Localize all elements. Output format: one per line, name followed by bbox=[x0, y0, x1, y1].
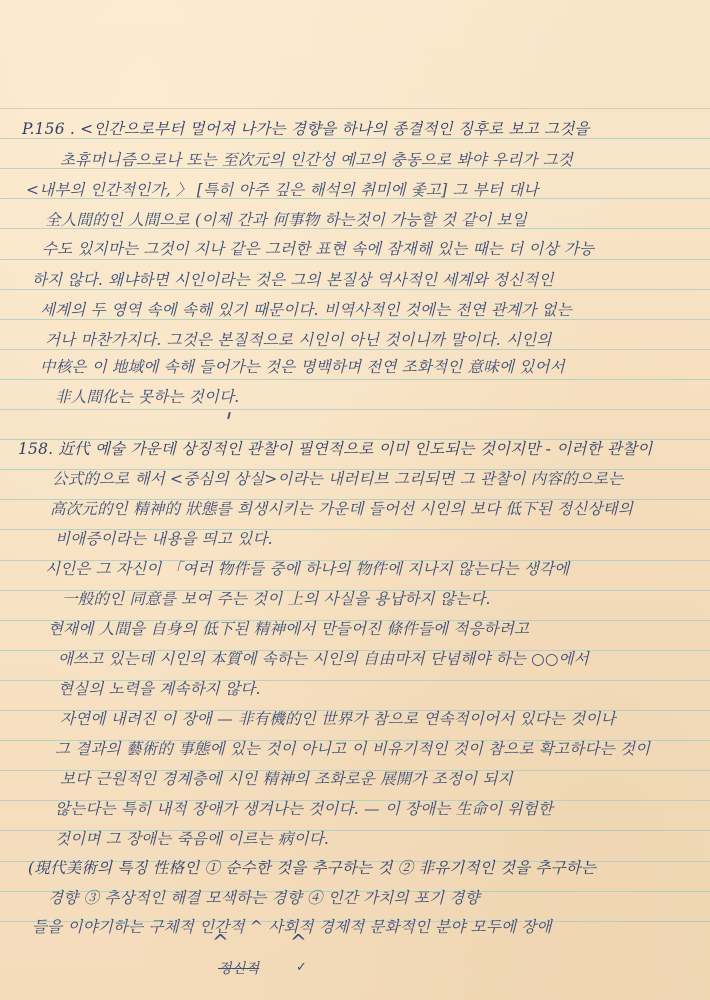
notebook-page: P.156 . <인간으로부터 멀어져 나가는 경향을 하나의 종결적인 징후로… bbox=[0, 0, 710, 1000]
note-158-line-7: 현재에 人間을 自身의 低下된 精神에서 만들어진 條件들에 적응하려고 bbox=[48, 617, 529, 639]
handwritten-text: P.156 . <인간으로부터 멀어져 나가는 경향을 하나의 종결적인 징후로… bbox=[0, 0, 710, 1000]
note-158-line-11: 그 결과의 藝術的 事態에 있는 것이 아니고 이 비유기적인 것이 참으로 확… bbox=[55, 737, 650, 759]
note-158-line-13: 않는다는 특히 내적 장애가 생겨나는 것이다. — 이 장애는 生命이 위험한 bbox=[55, 797, 553, 819]
note-156-line-5: 수도 있지마는 그것이 지나 같은 그러한 표현 속에 잠재해 있는 때는 더 … bbox=[42, 237, 594, 259]
struck-insertion: 정신적 bbox=[218, 958, 259, 978]
note-158-line-2: 公式的으로 해서 <중심의 상실>이라는 내러티브 그리되면 그 관찰이 内容的… bbox=[52, 467, 623, 489]
note-156-line-3: <내부의 인간적인가, 〉 [특히 아주 깊은 해석의 취미에 좇고] 그 부터… bbox=[26, 178, 539, 200]
note-158-line-1: 158. 近代 예술 가운데 상징적인 관찰이 필연적으로 이미 인도되는 것이… bbox=[18, 437, 652, 459]
modern-art-note-line-2: 경향 ③ 추상적인 해결 모색하는 경향 ④ 인간 가치의 포기 경향 bbox=[48, 886, 480, 908]
note-158-line-3: 高次元的인 精神的 狀態를 희생시키는 가운데 들어선 시인의 보다 低下된 정… bbox=[50, 497, 633, 519]
insertion-caret-icon: ^ bbox=[290, 930, 307, 954]
stray-mark bbox=[227, 412, 231, 419]
note-156-line-8: 거나 마찬가지다. 그것은 본질적으로 시인이 아닌 것이니까 말이다. 시인의 bbox=[45, 328, 551, 350]
note-156-line-7: 세계의 두 영역 속에 속해 있기 때문이다. 비역사적인 것에는 전연 관계가… bbox=[40, 298, 572, 320]
note-158-line-12: 보다 근원적인 경계층에 시인 精神의 조화로운 展開가 조정이 되지 bbox=[60, 767, 513, 789]
note-158-line-8: 애쓰고 있는데 시인의 本質에 속하는 시인의 自由마저 단념해야 하는 ○○에… bbox=[58, 647, 589, 669]
note-156-line-1: P.156 . <인간으로부터 멀어져 나가는 경향을 하나의 종결적인 징후로… bbox=[22, 117, 590, 139]
note-156-line-4: 全人間的인 人間으로 (이제 간과 何事物 하는것이 가능할 것 같이 보일 bbox=[45, 208, 527, 230]
note-158-line-5: 시인은 그 자신이 「여러 物件들 중에 하나의 物件에 지나지 않는다는 생각… bbox=[45, 557, 569, 579]
checkmark-icon: ✓ bbox=[296, 960, 307, 975]
note-158-line-10: 자연에 내려진 이 장애 — 非有機的인 世界가 참으로 연속적이어서 있다는 … bbox=[60, 707, 616, 729]
insertion-caret-icon: ^ bbox=[212, 930, 229, 954]
note-156-line-10: 非人間化는 못하는 것이다. bbox=[55, 385, 239, 407]
modern-art-note-line-1: (現代美術의 특징 性格인 ① 순수한 것을 추구하는 것 ② 非유기적인 것을… bbox=[28, 856, 596, 878]
note-156-line-9: 中核은 이 地域에 속해 들어가는 것은 명백하며 전연 조화적인 意味에 있어… bbox=[40, 355, 565, 377]
note-156-line-2: 초휴머니즘으로나 또는 至次元의 인간성 예고의 충동으로 봐야 우리가 그것 bbox=[60, 148, 573, 170]
note-158-line-6: 一般的인 同意를 보여 주는 것이 上의 사실을 용납하지 않는다. bbox=[62, 587, 491, 609]
note-158-line-9: 현실의 노력을 계속하지 않다. bbox=[58, 677, 261, 699]
note-156-line-6: 하지 않다. 왜냐하면 시인이라는 것은 그의 본질상 역사적인 세계와 정신적… bbox=[32, 268, 554, 290]
note-158-line-4: 비애증이라는 내용을 띄고 있다. bbox=[55, 527, 273, 549]
note-158-line-14: 것이며 그 장애는 죽음에 이르는 病이다. bbox=[55, 827, 329, 849]
